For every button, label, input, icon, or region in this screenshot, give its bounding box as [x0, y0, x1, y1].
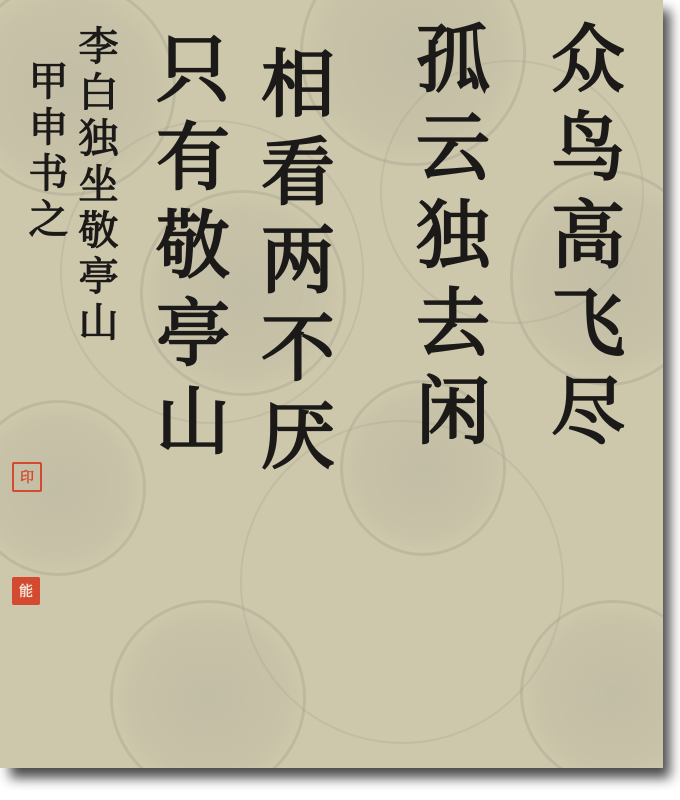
poem-column-2: 孤云独去闲: [410, 20, 484, 460]
seal-stamp-top: 印: [12, 462, 42, 492]
inscription-column-1: 李白独坐敬亭山: [75, 25, 115, 347]
calligraphy-paper: 众鸟高飞尽 孤云独去闲 相看两不厌 只有敬亭山 李白独坐敬亭山 甲申书之 印 能: [0, 0, 663, 768]
poem-column-4: 只有敬亭山: [150, 30, 224, 470]
poem-column-1: 众鸟高飞尽: [545, 20, 619, 460]
inscription-column-2: 甲申书之: [25, 60, 65, 244]
seal-stamp-bottom: 能: [12, 577, 40, 605]
poem-column-3: 相看两不厌: [255, 45, 329, 485]
